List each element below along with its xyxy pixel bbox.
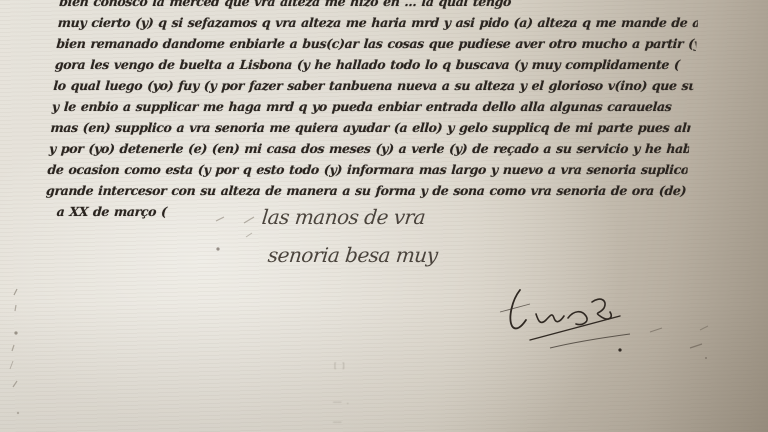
letter-line: y le enbio a supplicar me haga mrd q yo … <box>51 96 692 117</box>
closing-line-1: las manos de vra <box>261 205 427 229</box>
letter-line: grande intercesor con su alteza de maner… <box>45 180 686 201</box>
closing-line-2: senoria besa muy <box>267 243 439 267</box>
letter-line: y por (yo) detenerle (e) (en) mi casa do… <box>48 138 689 159</box>
archive-stamp: —— <box>333 418 341 426</box>
stray-ink-marks-icon <box>680 300 760 380</box>
letter-line: mas (en) supplico a vra senoria me quier… <box>50 117 691 138</box>
letter-line: muy cierto (y) q si sefazamos q vra alte… <box>57 12 698 33</box>
letter-line: gora les vengo de buelta a Lisbona (y he… <box>54 54 695 75</box>
letter-line: bien remanado dandome enbiarle a bus(c)a… <box>56 33 697 54</box>
letter-line: bien conosco la merced que vra alteza me… <box>59 0 700 12</box>
stray-ink-marks-icon <box>200 215 260 265</box>
letter-line: de ocasion como esta (y por q esto todo … <box>47 159 688 180</box>
letter-line: lo qual luego (yo) fuy (y por fazer sabe… <box>53 75 694 96</box>
margin-marks-icon <box>8 285 22 425</box>
manuscript-page: bien conosco la merced que vra alteza me… <box>0 0 768 432</box>
letter-body: bien conosco la merced que vra alteza me… <box>44 0 700 222</box>
signature-icon <box>490 282 690 362</box>
archive-stamp: —— . <box>333 398 350 406</box>
archive-stamp: [ ] <box>333 362 346 370</box>
